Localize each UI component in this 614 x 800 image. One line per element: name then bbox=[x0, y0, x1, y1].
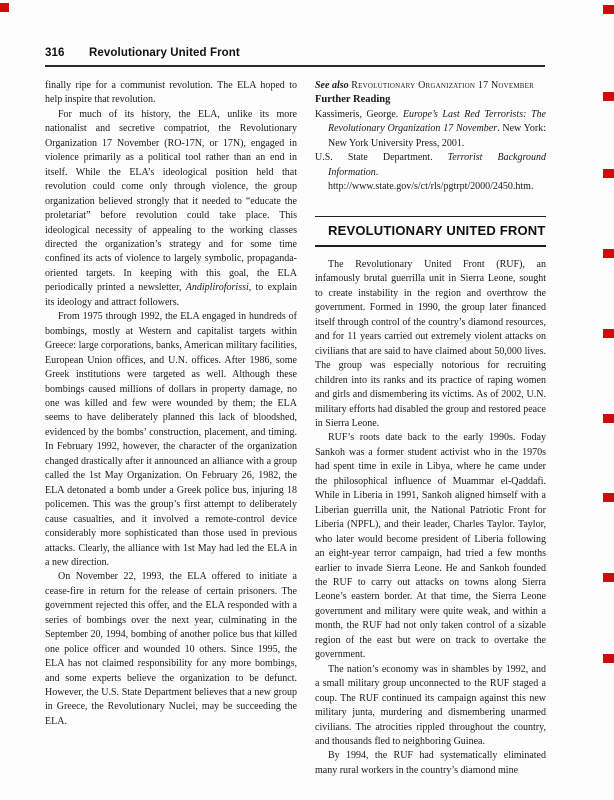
scan-mark bbox=[603, 654, 614, 663]
bibliography-entry: Kassimeris, George. Europe’s Last Red Te… bbox=[315, 108, 546, 151]
scan-mark bbox=[603, 169, 614, 178]
see-also-reference: Revolutionary Organization 17 November bbox=[349, 80, 534, 91]
scan-mark bbox=[603, 249, 614, 258]
article-header: REVOLUTIONARY UNITED FRONT bbox=[315, 216, 546, 247]
paragraph: On November 22, 1993, the ELA offered to… bbox=[45, 570, 297, 729]
page-number: 316 bbox=[45, 47, 89, 59]
header-rule bbox=[45, 65, 545, 67]
article-body: The Revolutionary United Front (RUF), an… bbox=[315, 258, 546, 778]
right-column: See also Revolutionary Organization 17 N… bbox=[315, 79, 546, 778]
paragraph: The Revolutionary United Front (RUF), an… bbox=[315, 258, 546, 431]
paragraph: From 1975 through 1992, the ELA engaged … bbox=[45, 310, 297, 570]
scan-mark bbox=[603, 92, 614, 101]
see-also-label: See also bbox=[315, 80, 349, 91]
paragraph: For much of its history, the ELA, unlike… bbox=[45, 108, 297, 310]
scan-mark bbox=[603, 573, 614, 582]
bibliography: Kassimeris, George. Europe’s Last Red Te… bbox=[315, 108, 546, 195]
bibliography-entry: U.S. State Department. Terrorist Backgro… bbox=[315, 151, 546, 194]
page-header: 316Revolutionary United Front bbox=[45, 47, 545, 59]
further-reading-heading: Further Reading bbox=[315, 93, 546, 107]
column-gutter bbox=[297, 79, 315, 778]
paragraph: RUF’s roots date back to the early 1990s… bbox=[315, 431, 546, 662]
paragraph: finally ripe for a communist revolution.… bbox=[45, 79, 297, 108]
text-columns: finally ripe for a communist revolution.… bbox=[45, 79, 546, 778]
article-title: REVOLUTIONARY UNITED FRONT bbox=[315, 217, 546, 245]
left-column: finally ripe for a communist revolution.… bbox=[45, 79, 297, 778]
scan-mark bbox=[603, 5, 614, 14]
scan-mark bbox=[603, 329, 614, 338]
paragraph: The nation’s economy was in shambles by … bbox=[315, 663, 546, 750]
see-also-line: See also Revolutionary Organization 17 N… bbox=[315, 79, 546, 93]
scan-mark bbox=[0, 3, 9, 12]
article-divider-bottom bbox=[315, 245, 546, 247]
scan-mark bbox=[603, 493, 614, 502]
paragraph: By 1994, the RUF had systematically elim… bbox=[315, 749, 546, 778]
scan-mark bbox=[603, 414, 614, 423]
running-head: Revolutionary United Front bbox=[89, 47, 240, 59]
